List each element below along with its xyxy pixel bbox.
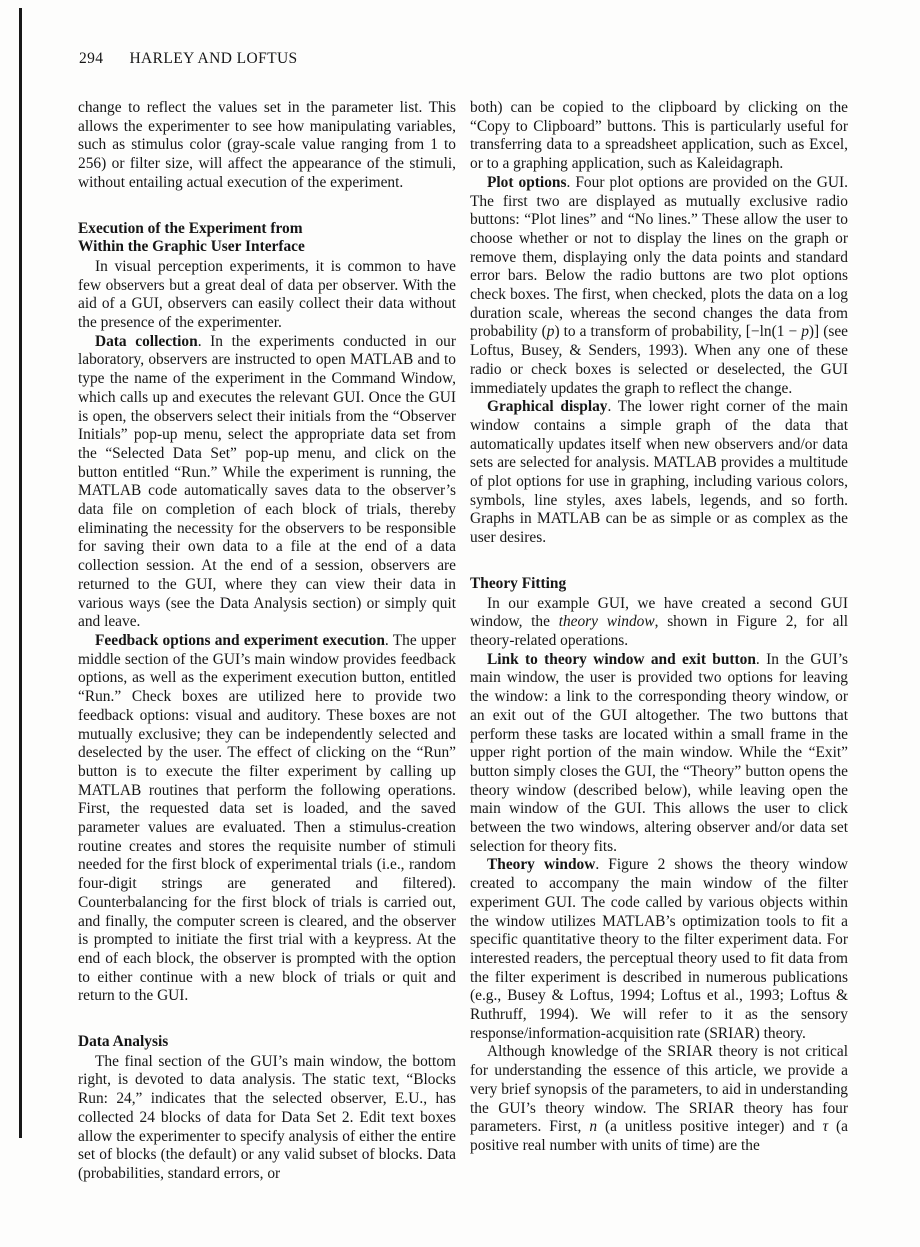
text-run: Within the Graphic User Interface	[78, 238, 305, 255]
paragraph: Link to theory window and exit button. I…	[470, 651, 848, 857]
paragraph: both) can be copied to the clipboard by …	[470, 99, 848, 174]
text-run: Data collection	[95, 333, 198, 350]
two-column-body: change to reflect the values set in the …	[78, 99, 848, 1184]
column-left: change to reflect the values set in the …	[78, 99, 456, 1184]
text-run: Execution of the Experiment from	[78, 220, 303, 237]
page-number: 294	[79, 50, 103, 68]
text-run: . The upper middle section of the GUI’s …	[78, 632, 456, 1004]
paragraph: In our example GUI, we have created a se…	[470, 595, 848, 651]
paragraph: Theory window. Figure 2 shows the theory…	[470, 856, 848, 1043]
text-run: . Four plot options are provided on the …	[470, 174, 848, 341]
text-run: . In the GUI’s main window, the user is …	[470, 651, 848, 855]
text-run: Theory Fitting	[470, 575, 566, 592]
running-head: HARLEY AND LOFTUS	[129, 50, 297, 68]
section-heading: Theory Fitting	[470, 575, 848, 594]
text-run: (a unitless positive integer) and	[597, 1118, 823, 1135]
text-run: ) to a transform of probability, [−ln(1 …	[554, 323, 801, 340]
text-run: . In the experiments conducted in our la…	[78, 333, 456, 631]
paragraph: Data collection. In the experiments cond…	[78, 333, 456, 632]
text-run: both) can be copied to the clipboard by …	[470, 99, 848, 172]
paragraph: Plot options. Four plot options are prov…	[470, 174, 848, 398]
scan-edge-artifact	[19, 8, 22, 1138]
paragraph: change to reflect the values set in the …	[78, 99, 456, 193]
text-run: Data Analysis	[78, 1033, 168, 1050]
section-heading: Execution of the Experiment fromWithin t…	[78, 220, 456, 257]
text-run: n	[589, 1118, 597, 1135]
text-run: Link to theory window and exit button	[487, 651, 756, 668]
scanned-journal-page: 294 HARLEY AND LOFTUS change to reflect …	[0, 0, 920, 1247]
section-heading: Data Analysis	[78, 1033, 456, 1052]
text-run: change to reflect the values set in the …	[78, 99, 456, 191]
paragraph: Feedback options and experiment executio…	[78, 632, 456, 1006]
paragraph: In visual perception experiments, it is …	[78, 258, 456, 333]
text-run: . Figure 2 shows the theory window creat…	[470, 856, 848, 1041]
text-run: Plot options	[487, 174, 566, 191]
text-run: p	[801, 323, 809, 340]
text-run: Feedback options and experiment executio…	[95, 632, 385, 649]
text-run: theory window	[559, 613, 655, 630]
paragraph: Graphical display. The lower right corne…	[470, 398, 848, 548]
paragraph: Although knowledge of the SRIAR theory i…	[470, 1043, 848, 1155]
column-right: both) can be copied to the clipboard by …	[470, 99, 848, 1184]
text-run: Graphical display	[487, 398, 608, 415]
text-run: The final section of the GUI’s main wind…	[78, 1053, 456, 1182]
page-header: 294 HARLEY AND LOFTUS	[79, 50, 298, 68]
text-run: Theory window	[487, 856, 595, 873]
text-run: . The lower right corner of the main win…	[470, 398, 848, 546]
text-run: In visual perception experiments, it is …	[78, 258, 456, 331]
paragraph: The final section of the GUI’s main wind…	[78, 1053, 456, 1184]
